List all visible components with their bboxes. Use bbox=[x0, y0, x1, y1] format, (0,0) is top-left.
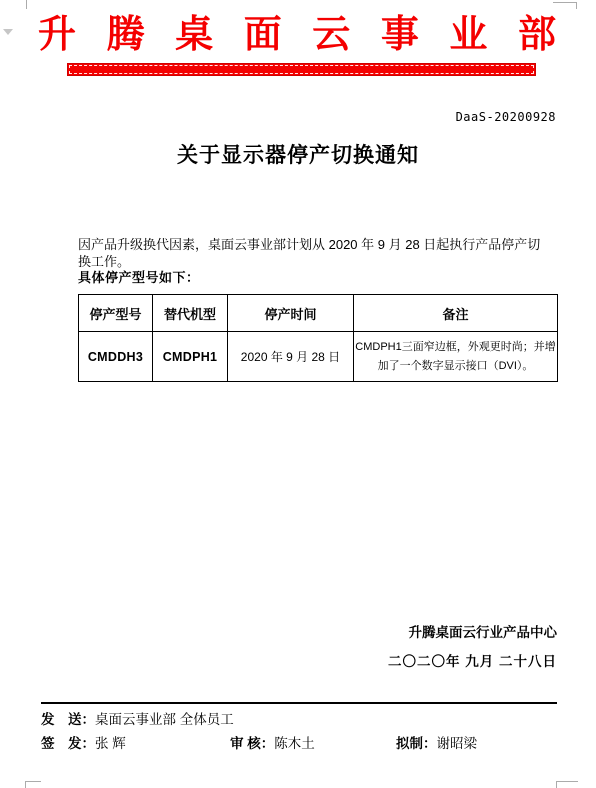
letterhead-title: 升腾桌面云事业部 bbox=[38, 11, 556, 57]
review-group: 审 核：陈木土 bbox=[230, 732, 315, 752]
doc-number: DaaS-20200928 bbox=[456, 110, 556, 124]
signature-org: 升腾桌面云行业产品中心 bbox=[409, 621, 558, 641]
draft-value: 谢昭梁 bbox=[437, 736, 478, 751]
page-boundary-mark-bottom-left-v bbox=[25, 781, 26, 788]
signature-date: 二〇二〇年 九月 二十八日 bbox=[388, 650, 557, 670]
footer-send-line: 发 送：桌面云事业部 全体员工 bbox=[41, 708, 234, 728]
cell-discontinued-model: CMDDH3 bbox=[79, 332, 153, 382]
page-boundary-mark-bottom-right bbox=[556, 781, 578, 782]
document-page: 升腾桌面云事业部 DaaS-20200928 关于显示器停产切换通知 因产品升级… bbox=[0, 0, 596, 788]
send-label: 发 送： bbox=[41, 712, 95, 727]
footer-divider bbox=[41, 702, 557, 704]
page-boundary-mark-bottom-left bbox=[25, 781, 41, 782]
cell-discontinue-date: 2020 年 9 月 28 日 bbox=[228, 332, 354, 382]
discontinuation-table: 停产型号 替代机型 停产时间 备注 CMDDH3 CMDPH1 2020 年 9… bbox=[78, 294, 558, 382]
page-boundary-mark-top-right-v bbox=[576, 2, 577, 9]
review-value: 陈木土 bbox=[274, 736, 315, 751]
sign-group: 签 发：张 辉 bbox=[41, 736, 126, 751]
cell-replacement-model: CMDPH1 bbox=[153, 332, 228, 382]
table-header-row: 停产型号 替代机型 停产时间 备注 bbox=[79, 295, 558, 332]
page-boundary-mark-bottom-right-v bbox=[556, 781, 557, 788]
review-label: 审 核： bbox=[230, 736, 274, 751]
sign-value: 张 辉 bbox=[95, 736, 126, 751]
table-row: CMDDH3 CMDPH1 2020 年 9 月 28 日 CMDPH1三面窄边… bbox=[79, 332, 558, 382]
sign-label: 签 发： bbox=[41, 736, 95, 751]
send-value: 桌面云事业部 全体员工 bbox=[95, 712, 234, 727]
collapse-arrow-icon bbox=[3, 29, 13, 35]
table-header-discontinued-model: 停产型号 bbox=[79, 295, 153, 332]
letterhead-divider-bar bbox=[67, 63, 536, 76]
body-subheading: 具体停产型号如下： bbox=[78, 267, 200, 286]
page-boundary-mark-top-left bbox=[26, 0, 27, 9]
page-title: 关于显示器停产切换通知 bbox=[0, 139, 596, 169]
body-paragraph: 因产品升级换代因素，桌面云事业部计划从 2020 年 9 月 28 日起执行产品… bbox=[78, 236, 552, 270]
table-header-replacement-model: 替代机型 bbox=[153, 295, 228, 332]
page-boundary-mark-top-right bbox=[553, 2, 577, 3]
footer-sign-line: 签 发：张 辉 审 核：陈木土 拟制：谢昭梁 bbox=[41, 732, 557, 752]
table-header-remark: 备注 bbox=[354, 295, 558, 332]
draft-label: 拟制： bbox=[396, 736, 437, 751]
cell-remark: CMDPH1三面窄边框，外观更时尚；并增加了一个数字显示接口（DVI）。 bbox=[354, 332, 558, 382]
table-header-discontinue-date: 停产时间 bbox=[228, 295, 354, 332]
draft-group: 拟制：谢昭梁 bbox=[396, 732, 477, 752]
